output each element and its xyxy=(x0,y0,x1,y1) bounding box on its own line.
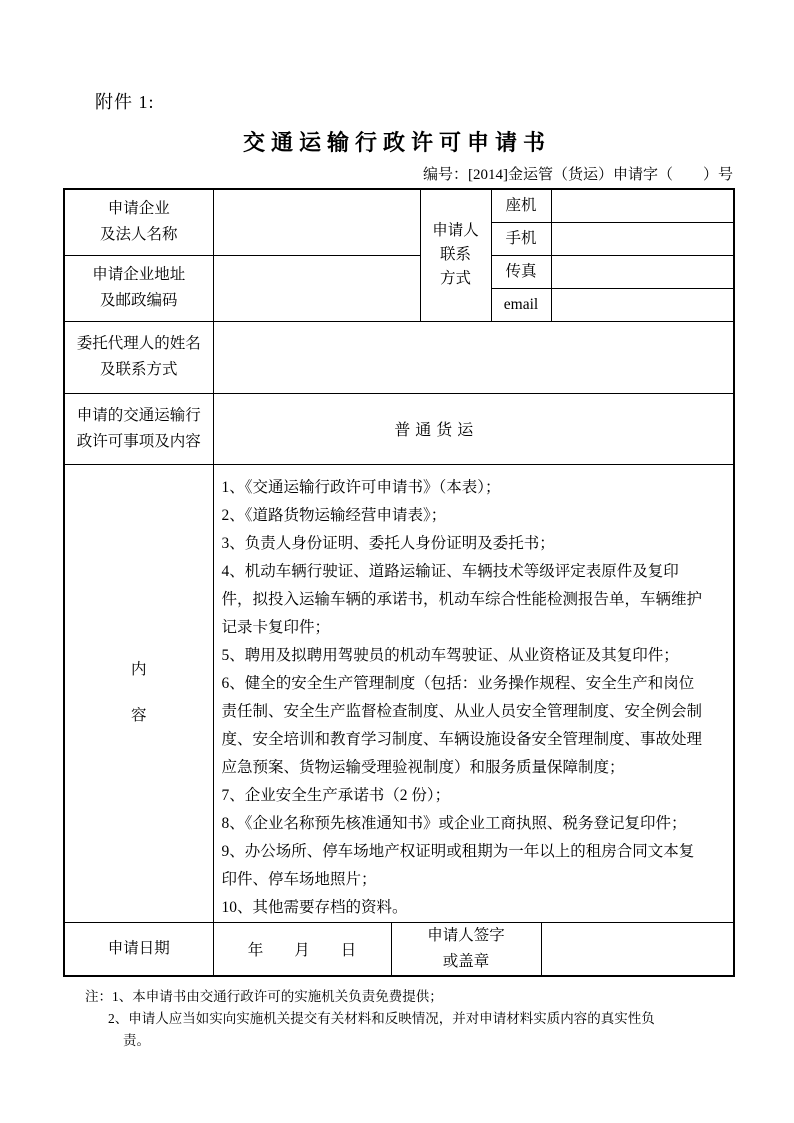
content-item-1: 1、《交通运输行政许可申请书》（本表）； xyxy=(222,474,710,502)
content-item-2: 2、《道路货物运输经营申请表》； xyxy=(222,502,710,530)
attachment-label: 附件 1: xyxy=(95,88,155,114)
row-matter: 申请的交通运输行 政许可事项及内容 普通货运 xyxy=(64,393,734,464)
email-field[interactable] xyxy=(551,288,734,321)
email-label: email xyxy=(491,288,551,321)
document-body: 编号：[2014]金运管（货运）申请字（ ）号 申请企业 及法人名称 申请人 联… xyxy=(63,164,733,1052)
content-list: 1、《交通运输行政许可申请书》（本表）； 2、《道路货物运输经营申请表》； 3、… xyxy=(213,464,734,922)
doc-number: 编号：[2014]金运管（货运）申请字（ ）号 xyxy=(63,164,733,186)
company-address-label: 申请企业地址 及邮政编码 xyxy=(64,255,213,321)
content-item-10: 10、其他需要存档的资料。 xyxy=(222,894,710,922)
row-company-name: 申请企业 及法人名称 申请人 联系 方式 座机 xyxy=(64,189,734,222)
matter-value-cell: 普通货运 xyxy=(213,393,734,464)
contact-method-label: 申请人 联系 方式 xyxy=(420,189,491,321)
content-item-3: 3、负责人身份证明、委托人身份证明及委托书； xyxy=(222,530,710,558)
company-name-label: 申请企业 及法人名称 xyxy=(64,189,213,255)
signature-field[interactable] xyxy=(541,922,734,976)
company-address-field[interactable] xyxy=(213,255,420,321)
landline-field[interactable] xyxy=(551,189,734,222)
date-field[interactable]: 年 月 日 xyxy=(213,922,391,976)
content-label: 内 容 xyxy=(64,464,213,922)
footer-notes: 注：1、本申请书由交通行政许可的实施机关负责免费提供； 2、申请人应当如实向实施… xyxy=(63,986,733,1052)
content-item-7: 7、企业安全生产承诺书（2 份）； xyxy=(222,782,710,810)
matter-label: 申请的交通运输行 政许可事项及内容 xyxy=(64,393,213,464)
company-name-field[interactable] xyxy=(213,189,420,255)
note-line-3: 责。 xyxy=(63,1030,733,1052)
content-item-8: 8、《企业名称预先核准通知书》或企业工商执照、税务登记复印件； xyxy=(222,810,710,838)
row-agent: 委托代理人的姓名 及联系方式 xyxy=(64,321,734,393)
content-item-6: 6、健全的安全生产管理制度（包括：业务操作规程、安全生产和岗位责任制、安全生产监… xyxy=(222,670,710,782)
mobile-field[interactable] xyxy=(551,222,734,255)
note-line-1: 注：1、本申请书由交通行政许可的实施机关负责免费提供； xyxy=(63,986,733,1008)
matter-value: 普通货运 xyxy=(394,422,478,439)
content-item-9: 9、办公场所、停车场地产权证明或租期为一年以上的租房合同文本复印件、停车场地照片… xyxy=(222,838,710,894)
landline-label: 座机 xyxy=(491,189,551,222)
row-date: 申请日期 年 月 日 申请人签字 或盖章 xyxy=(64,922,734,976)
fax-label: 传真 xyxy=(491,255,551,288)
row-company-address: 申请企业地址 及邮政编码 传真 xyxy=(64,255,734,288)
document-page: 附件 1: 交通运输行政许可申请书 编号：[2014]金运管（货运）申请字（ ）… xyxy=(0,0,794,1123)
date-label: 申请日期 xyxy=(64,922,213,976)
content-item-5: 5、聘用及拟聘用驾驶员的机动车驾驶证、从业资格证及其复印件； xyxy=(222,642,710,670)
fax-field[interactable] xyxy=(551,255,734,288)
signature-label: 申请人签字 或盖章 xyxy=(391,922,541,976)
mobile-label: 手机 xyxy=(491,222,551,255)
page-title: 交通运输行政许可申请书 xyxy=(0,126,794,157)
content-item-4: 4、机动车辆行驶证、道路运输证、车辆技术等级评定表原件及复印件，拟投入运输车辆的… xyxy=(222,558,710,642)
agent-label: 委托代理人的姓名 及联系方式 xyxy=(64,321,213,393)
note-line-2: 2、申请人应当如实向实施机关提交有关材料和反映情况，并对申请材料实质内容的真实性… xyxy=(63,1008,733,1030)
application-form-table: 申请企业 及法人名称 申请人 联系 方式 座机 手机 申请企业地址 及邮政编码 … xyxy=(63,188,735,977)
agent-field[interactable] xyxy=(213,321,734,393)
row-content: 内 容 1、《交通运输行政许可申请书》（本表）； 2、《道路货物运输经营申请表》… xyxy=(64,464,734,922)
